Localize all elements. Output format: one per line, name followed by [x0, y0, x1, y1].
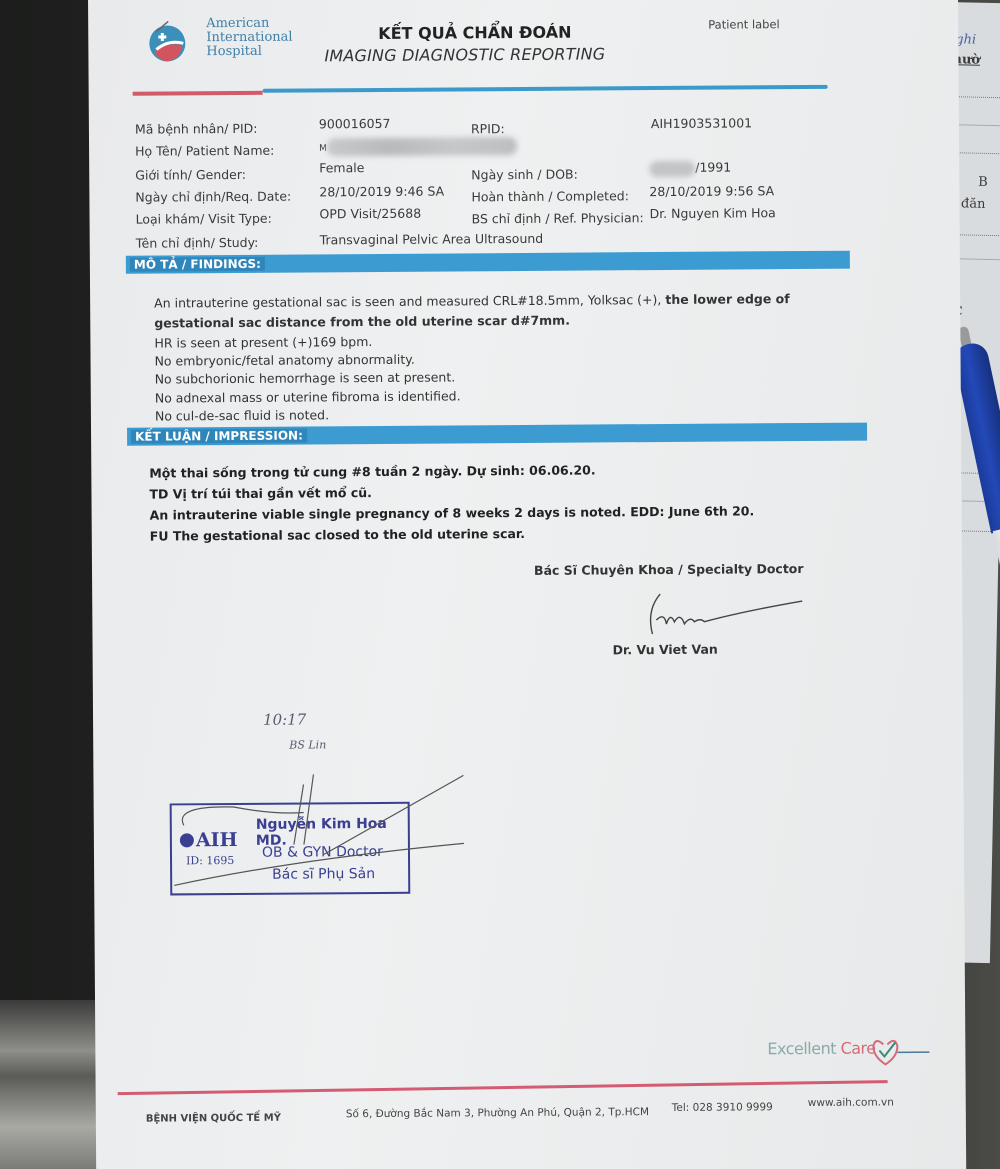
patient-name-value: M — [319, 137, 517, 156]
impression-line: TD Vị trí túi thai gần vết mổ cũ. — [149, 485, 372, 502]
rpid-label: RPID: — [471, 121, 505, 136]
signing-doctor-name: Dr. Vu Viet Van — [613, 642, 718, 658]
impression-heading: KẾT LUẬN / IMPRESSION: — [127, 423, 867, 446]
finding-line: An intrauterine gestational sac is seen … — [154, 291, 790, 310]
footer-phone: Tel: 028 3910 9999 — [672, 1101, 773, 1114]
dob-value: /1991 — [649, 160, 731, 177]
hospital-logo-icon — [146, 19, 192, 65]
slogan: Excellent Care — [767, 1039, 875, 1059]
pid-value: 900016057 — [319, 116, 391, 131]
finding-line: No subchorionic hemorrhage is seen at pr… — [155, 369, 456, 386]
finding-line: No embryonic/fetal anatomy abnormality. — [154, 352, 414, 369]
completed-label: Hoàn thành / Completed: — [471, 188, 629, 204]
visit-type-label: Loại khám/ Visit Type: — [136, 211, 272, 227]
footer-website: www.aih.com.vn — [808, 1096, 894, 1109]
findings-heading: MÔ TẢ / FINDINGS: — [126, 251, 850, 274]
patient-name-label: Họ Tên/ Patient Name: — [135, 143, 274, 159]
req-date-label: Ngày chỉ định/Req. Date: — [135, 189, 291, 205]
hospital-name: American International Hospital — [206, 17, 293, 60]
rpid-value: AIH1903531001 — [651, 115, 752, 131]
impression-line: Một thai sống trong tử cung #8 tuần 2 ng… — [149, 462, 595, 480]
footer-hospital-name: BỆNH VIỆN QUỐC TẾ MỸ — [146, 1113, 281, 1125]
footer-divider — [118, 1080, 888, 1095]
heart-check-icon — [871, 1036, 931, 1066]
report-title-vn: KẾT QUẢ CHẨN ĐOÁN — [378, 23, 571, 43]
gender-label: Giới tính/ Gender: — [135, 167, 246, 183]
finding-line: HR is seen at present (+)169 bpm. — [154, 334, 372, 351]
finding-line: No adnexal mass or uterine fibroma is id… — [155, 388, 461, 405]
req-date-value: 28/10/2019 9:46 SA — [319, 184, 444, 200]
diagnostic-report: American International Hospital KẾT QUẢ … — [88, 0, 966, 1169]
header-divider — [133, 87, 828, 97]
finding-line: gestational sac distance from the old ut… — [154, 313, 570, 331]
finding-line: No cul-de-sac fluid is noted. — [155, 407, 329, 423]
form-line: B — [978, 175, 988, 190]
study-value: Transvaginal Pelvic Area Ultrasound — [320, 231, 544, 248]
doctor-signature — [642, 589, 812, 640]
gender-value: Female — [319, 160, 364, 175]
signature-title: Bác Sĩ Chuyên Khoa / Specialty Doctor — [534, 561, 804, 578]
stamp-signature-scribble — [153, 763, 474, 925]
report-title-en: IMAGING DIAGNOSTIC REPORTING — [324, 44, 605, 65]
pid-label: Mã bệnh nhân/ PID: — [135, 121, 258, 137]
footer-address: Số 6, Đường Bắc Nam 3, Phường An Phú, Qu… — [346, 1106, 649, 1120]
patient-label: Patient label — [708, 17, 780, 31]
handwritten-note: BS Lin — [289, 738, 326, 751]
visit-type-value: OPD Visit/25688 — [319, 206, 421, 222]
completed-value: 28/10/2019 9:56 SA — [649, 183, 774, 199]
ref-physician-value: Dr. Nguyen Kim Hoa — [649, 205, 775, 221]
impression-line: FU The gestational sac closed to the old… — [150, 526, 525, 544]
impression-line: An intrauterine viable single pregnancy … — [150, 503, 755, 522]
handwritten-time: 10:17 — [263, 710, 306, 728]
ref-physician-label: BS chỉ định / Ref. Physician: — [472, 210, 644, 226]
study-label: Tên chỉ định/ Study: — [136, 235, 259, 251]
dob-label: Ngày sinh / DOB: — [471, 167, 578, 183]
